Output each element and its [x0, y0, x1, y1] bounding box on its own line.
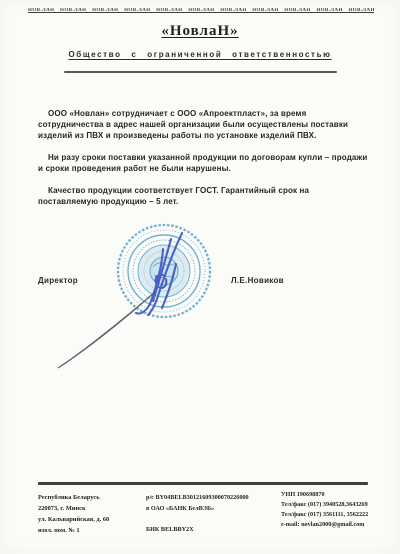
- footer-email: e-mail: novlan2000@gmail.com: [281, 520, 396, 530]
- scanned-letter-page: НОВ.ЛАН НОВ.ЛАН НОВ.ЛАН НОВ.ЛАН НОВ.ЛАН …: [0, 0, 400, 554]
- signature-tail-stroke: [58, 292, 155, 368]
- header-divider: [64, 71, 337, 73]
- stamp-and-signature: [45, 218, 225, 378]
- footer-premises: изол. пом. № 1: [38, 525, 144, 536]
- footer-contacts-block: УНП 190698870 Тел/факс (017) 3940528,364…: [281, 490, 396, 530]
- footer-divider: [38, 482, 368, 485]
- footer-bic: БИК BELBBY2X: [146, 524, 282, 535]
- company-stamp-signature-svg: [45, 218, 225, 378]
- footer-bank-name: в ОАО «БАНК БелВЭБ»: [146, 503, 282, 514]
- company-legal-form: Общество с ограниченной ответственностью: [0, 50, 400, 59]
- footer-country: Республика Беларусь: [38, 492, 144, 503]
- company-title: «НовлаН»: [0, 23, 400, 40]
- footer-city: 220073, г. Минск: [38, 503, 144, 514]
- letter-body: ООО «Новлан» сотрудничает с ООО «Апроект…: [38, 108, 368, 218]
- paragraph-deadlines: Ни разу сроки поставки указанной продукц…: [38, 152, 368, 174]
- footer-account-number: р/с BY04BELB30121609300070226000: [146, 492, 282, 503]
- footer-phone-2: Тел/факс (017) 3561111, 3562222: [281, 510, 396, 520]
- footer-address-block: Республика Беларусь 220073, г. Минск ул.…: [38, 492, 144, 536]
- footer-bank-block: р/с BY04BELB30121609300070226000 в ОАО «…: [146, 492, 282, 535]
- footer-street: ул. Кальварийская, д. 60: [38, 514, 144, 525]
- footer-unp: УНП 190698870: [281, 490, 396, 500]
- letterhead-repeat-strip: НОВ.ЛАН НОВ.ЛАН НОВ.ЛАН НОВ.ЛАН НОВ.ЛАН …: [28, 8, 374, 13]
- paragraph-cooperation: ООО «Новлан» сотрудничает с ООО «Апроект…: [38, 108, 368, 141]
- paragraph-quality: Качество продукции соответствует ГОСТ. Г…: [38, 185, 368, 207]
- footer-phone-1: Тел/факс (017) 3940528,3643269: [281, 500, 396, 510]
- signer-name: Л.Е.Новиков: [231, 276, 284, 285]
- footer-bank-spacer: [146, 514, 282, 524]
